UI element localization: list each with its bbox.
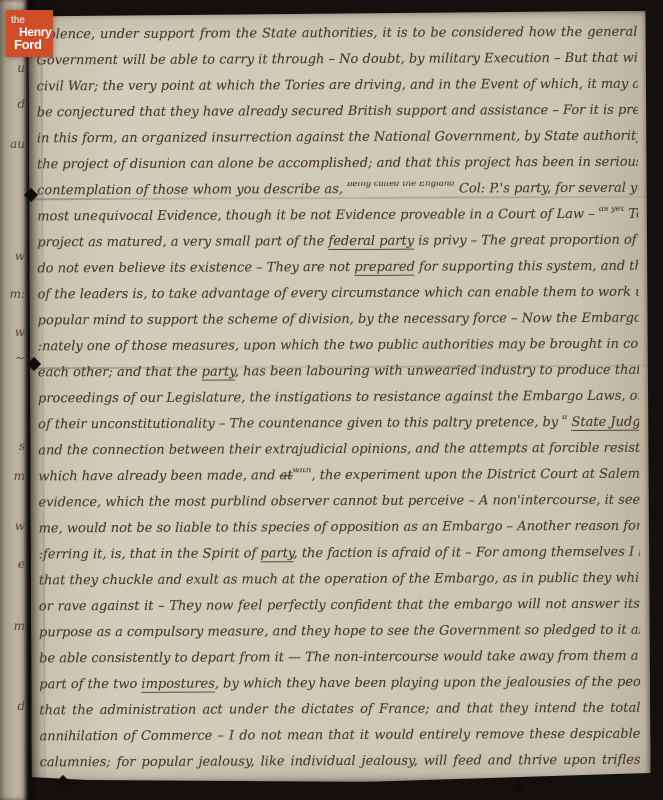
text-segment: that the administration act under the di…	[39, 701, 640, 719]
underlined-text: prepared	[354, 260, 415, 276]
manuscript-line-6: the project of disunion can alone be acc…	[37, 155, 638, 184]
text-segment: , has been labouring with unwearied indu…	[235, 363, 639, 380]
manuscript-line-19: evidence, which the most purblind observ…	[38, 493, 639, 522]
text-segment: most unequivocal Evidence, though it be …	[37, 207, 599, 224]
manuscript-line-24: purpose as a compulsory measure, and the…	[39, 623, 640, 652]
manuscript-line-9: project as matured, a very small part of…	[37, 233, 638, 262]
text-segment: that they chuckle and exult as much at t…	[39, 571, 640, 589]
manuscript-line-20: me, would not be so liable to this speci…	[39, 519, 640, 548]
cutoff-text-fragment: w	[15, 326, 25, 338]
underlined-text: State Judges	[571, 415, 639, 431]
manuscript-line-3: civil War; the very point at which the T…	[37, 77, 638, 106]
manuscript-line-26: part of the two impostures, by which the…	[39, 675, 640, 704]
text-segment: the project of disunion can alone be acc…	[37, 155, 638, 173]
text-segment: of the leaders is, to take advantage of …	[38, 285, 639, 303]
cutoff-text-fragment: m	[14, 620, 25, 632]
manuscript-line-17: and the connection between their extraju…	[38, 441, 639, 470]
cutoff-text-fragment: m:	[10, 288, 25, 300]
manuscript-line-21: :ferring it, is, that in the Spirit of p…	[39, 545, 640, 574]
text-segment: project as matured, a very small part of…	[37, 234, 328, 250]
adjacent-page-edge: udauwm:w~smwemd	[0, 0, 28, 800]
text-segment: , the faction is afraid of it – For amon…	[294, 545, 640, 562]
text-segment: do not even believe its existence – They…	[37, 260, 354, 276]
manuscript-line-4: be conjectured that they have already se…	[37, 103, 638, 132]
text-segment: for supporting this system, and the obje…	[415, 259, 639, 275]
manuscript-line-29: calumnies; for popular jealousy, like in…	[40, 753, 641, 782]
inserted-text: being called the England	[347, 181, 455, 189]
cutoff-text-fragment: au	[10, 138, 25, 150]
manuscript-line-12: popular mind to support the scheme of di…	[38, 311, 639, 340]
text-segment: or rave against it – They now feel perfe…	[39, 597, 640, 615]
text-segment: violence, under support from the State a…	[36, 25, 637, 43]
manuscript-line-18: which have already been made, and atwith…	[38, 467, 639, 496]
text-segment: , the experiment upon the District Court…	[311, 467, 639, 483]
inserted-text: a	[562, 415, 567, 422]
manuscript-line-16: of their unconstitutionality – The count…	[38, 415, 639, 444]
inserted-text: with	[293, 467, 312, 476]
cutoff-text-fragment: s	[19, 440, 25, 452]
text-segment: of their unconstitutionality – The count…	[38, 415, 562, 432]
manuscript-line-23: or rave against it – They now feel perfe…	[39, 597, 640, 626]
manuscript-line-22: that they chuckle and exult as much at t…	[39, 571, 640, 600]
underlined-text: impostures	[141, 677, 215, 693]
manuscript-page: violence, under support from the State a…	[28, 11, 650, 784]
manuscript-line-28: annihilation of Commerce – I do not mean…	[39, 727, 640, 756]
text-segment: To this	[624, 207, 638, 222]
text-segment: each other; and that the	[38, 365, 202, 381]
manuscript-line-5: in this form, an organized insurrection …	[37, 129, 638, 158]
inserted-text: as yet	[599, 207, 624, 214]
struck-text: at	[280, 468, 293, 483]
manuscript-line-14: each other; and that the party, has been…	[38, 363, 639, 392]
text-segment: contemplation of those whom you describe…	[37, 182, 347, 198]
manuscript-line-10: do not even believe its existence – They…	[37, 259, 638, 288]
text-segment: Government will be able to carry it thro…	[36, 51, 637, 69]
manuscript-line-27: that the administration act under the di…	[39, 701, 640, 730]
cutoff-text-fragment: w	[15, 520, 25, 532]
manuscript-line-2: Government will be able to carry it thro…	[36, 51, 637, 80]
text-segment: which have already been made, and	[38, 468, 279, 484]
text-segment: is privy – The great proportion of them	[414, 233, 638, 249]
cutoff-text-fragment: e	[18, 558, 25, 570]
manuscript-line-15: proceedings of our Legislature, the inst…	[38, 389, 639, 418]
cutoff-text-fragment: m	[14, 470, 25, 482]
manuscript-line-13: :nately one of those measures, upon whic…	[38, 337, 639, 366]
text-segment: annihilation of Commerce – I do not mean…	[39, 727, 640, 745]
text-segment: be conjectured that they have already se…	[37, 103, 638, 121]
viewer-canvas: udauwm:w~smwemd violence, under support …	[0, 0, 663, 800]
text-segment: part of the two	[39, 677, 141, 692]
cutoff-text-fragment: w	[15, 250, 25, 262]
text-segment: :nately one of those measures, upon whic…	[38, 337, 639, 355]
text-segment: Col: P.'s party, for several years, I kn…	[455, 181, 638, 197]
manuscript-line-11: of the leaders is, to take advantage of …	[38, 285, 639, 314]
text-segment: and the connection between their extraju…	[38, 441, 639, 459]
manuscript-text: violence, under support from the State a…	[36, 25, 640, 782]
cutoff-text-fragment: u	[17, 62, 25, 74]
text-segment: purpose as a compulsory measure, and the…	[39, 623, 640, 641]
text-segment: civil War; the very point at which the T…	[37, 77, 638, 95]
henry-ford-logo: the Henry Ford	[6, 10, 53, 57]
text-segment: , by which they have been playing upon t…	[215, 675, 640, 692]
text-segment: :ferring it, is, that in the Spirit of	[39, 546, 261, 562]
text-segment: me, would not be so liable to this speci…	[39, 519, 640, 537]
manuscript-line-7: contemplation of those whom you describe…	[37, 181, 638, 210]
underlined-text: federal party	[328, 234, 414, 250]
cutoff-text-fragment: d	[17, 700, 25, 712]
manuscript-line-1: violence, under support from the State a…	[36, 25, 637, 54]
text-segment: proceedings of our Legislature, the inst…	[38, 389, 639, 407]
manuscript-line-8: most unequivocal Evidence, though it be …	[37, 207, 638, 236]
text-segment: in this form, an organized insurrection …	[37, 129, 638, 147]
tear-mark	[512, 780, 523, 791]
underlined-text: party	[202, 364, 235, 380]
logo-ford: Ford	[14, 39, 53, 51]
text-segment: evidence, which the most purblind observ…	[38, 493, 639, 511]
text-segment: calumnies; for popular jealousy, like in…	[40, 753, 641, 771]
text-segment: be able consistently to depart from it —…	[39, 649, 640, 667]
manuscript-line-25: be able consistently to depart from it —…	[39, 649, 640, 678]
underlined-text: party	[260, 546, 293, 562]
cutoff-text-fragment: d	[17, 98, 25, 110]
cutoff-text-fragment: ~	[15, 352, 25, 364]
text-segment: popular mind to support the scheme of di…	[38, 311, 639, 329]
